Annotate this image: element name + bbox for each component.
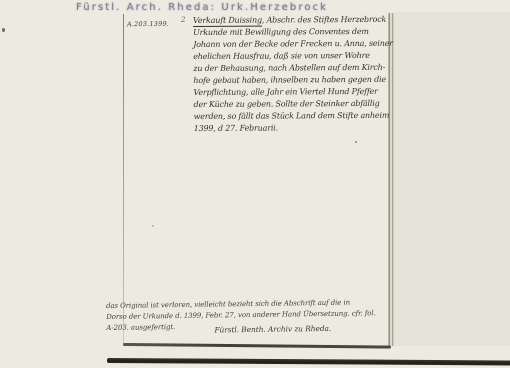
dust-speck	[152, 225, 154, 227]
body-line: 1399, d 27. Februarii.	[194, 122, 394, 135]
body-line-rest: , Abschr. des Stiftes Herzebrock	[262, 15, 386, 25]
archive-signature: Fürstl. Benth. Archiv zu Rheda.	[214, 323, 331, 336]
dust-speck	[2, 28, 5, 32]
page-right-margin-area	[394, 12, 510, 346]
book-bottom-edge-bar	[107, 358, 510, 366]
page-bottom-edge-bar	[123, 343, 391, 349]
dust-speck	[355, 141, 357, 143]
body-title-underlined: Verkauft Duissing	[193, 16, 262, 27]
archive-stamp: Fürstl. Arch. Rheda: Urk.Herzebrock	[76, 2, 328, 13]
page-mark: 2	[181, 16, 185, 24]
archive-photo-page: Fürstl. Arch. Rheda: Urk.Herzebrock A.20…	[0, 0, 510, 368]
body-line: werden, so fällt das Stück Land dem Stif…	[194, 110, 394, 123]
archive-number: A.203.1399.	[127, 20, 169, 28]
annotation-note: das Original ist verloren, vielleicht be…	[106, 297, 407, 346]
page-crease-line	[123, 14, 124, 344]
handwritten-body: Verkauft Duissing, Abschr. des Stiftes H…	[193, 14, 394, 135]
